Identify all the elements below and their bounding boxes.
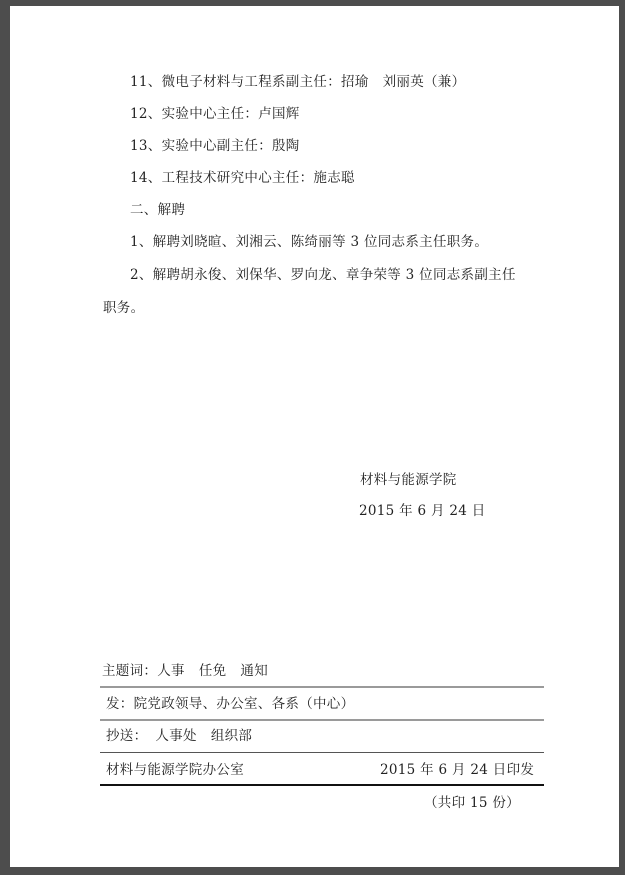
keywords-label: 主题词：	[102, 663, 157, 679]
appointee-name: 招瑜	[341, 74, 369, 90]
item-title: 实验中心主任：	[162, 106, 259, 122]
item-number: 13、	[130, 138, 162, 154]
distribution-line: 发：院党政领导、办公室、各系（中心）	[106, 696, 354, 712]
appointment-item-14: 14、工程技术研究中心主任：施志聪	[130, 170, 355, 186]
keyword: 任免	[199, 663, 227, 679]
footer-divider	[100, 752, 544, 753]
cc-label: 抄送：	[106, 728, 147, 744]
cc-line: 抄送：人事处组织部	[106, 728, 252, 744]
dismissal-item-1: 1、解聘刘晓暄、刘湘云、陈绮丽等 3 位同志系主任职务。	[130, 234, 488, 250]
issuer: 材料与能源学院办公室	[106, 762, 244, 778]
appointment-item-11: 11、微电子材料与工程系副主任：招瑜刘丽英（兼）	[130, 74, 465, 90]
appointment-item-13: 13、实验中心副主任：殷陶	[130, 138, 300, 154]
cc-recipient: 人事处	[155, 728, 196, 744]
appointee-name: 殷陶	[272, 138, 300, 154]
footer-bottom-rule	[100, 784, 544, 786]
section-heading-dismissal: 二、解聘	[130, 202, 185, 218]
keyword: 人事	[157, 663, 185, 679]
appointee-name: 卢国辉	[258, 106, 299, 122]
keyword: 通知	[240, 663, 268, 679]
item-number: 12、	[130, 106, 162, 122]
item-title: 实验中心副主任：	[162, 138, 272, 154]
footer-divider	[100, 719, 544, 721]
item-title: 工程技术研究中心主任：	[162, 170, 314, 186]
cc-recipient: 组织部	[211, 728, 252, 744]
issue-date: 2015 年 6 月 24 日印发	[380, 762, 534, 778]
appointee-name: 刘丽英（兼）	[383, 74, 466, 90]
signature-organization: 材料与能源学院	[360, 472, 457, 488]
dismissal-item-2-line2: 职务。	[103, 300, 144, 316]
copies-count: （共印 15 份）	[424, 795, 520, 811]
item-title: 微电子材料与工程系副主任：	[162, 74, 341, 90]
appointment-item-12: 12、实验中心主任：卢国辉	[130, 106, 300, 122]
keywords-line: 主题词：人事任免通知	[102, 663, 268, 679]
dismissal-item-2-line1: 2、解聘胡永俊、刘保华、罗向龙、章争荣等 3 位同志系副主任	[130, 267, 516, 283]
signature-date: 2015 年 6 月 24 日	[359, 503, 486, 519]
item-number: 11、	[130, 74, 162, 90]
document-page: 11、微电子材料与工程系副主任：招瑜刘丽英（兼） 12、实验中心主任：卢国辉 1…	[10, 6, 619, 867]
appointee-name: 施志聪	[313, 170, 354, 186]
footer-divider	[100, 686, 544, 688]
item-number: 14、	[130, 170, 162, 186]
